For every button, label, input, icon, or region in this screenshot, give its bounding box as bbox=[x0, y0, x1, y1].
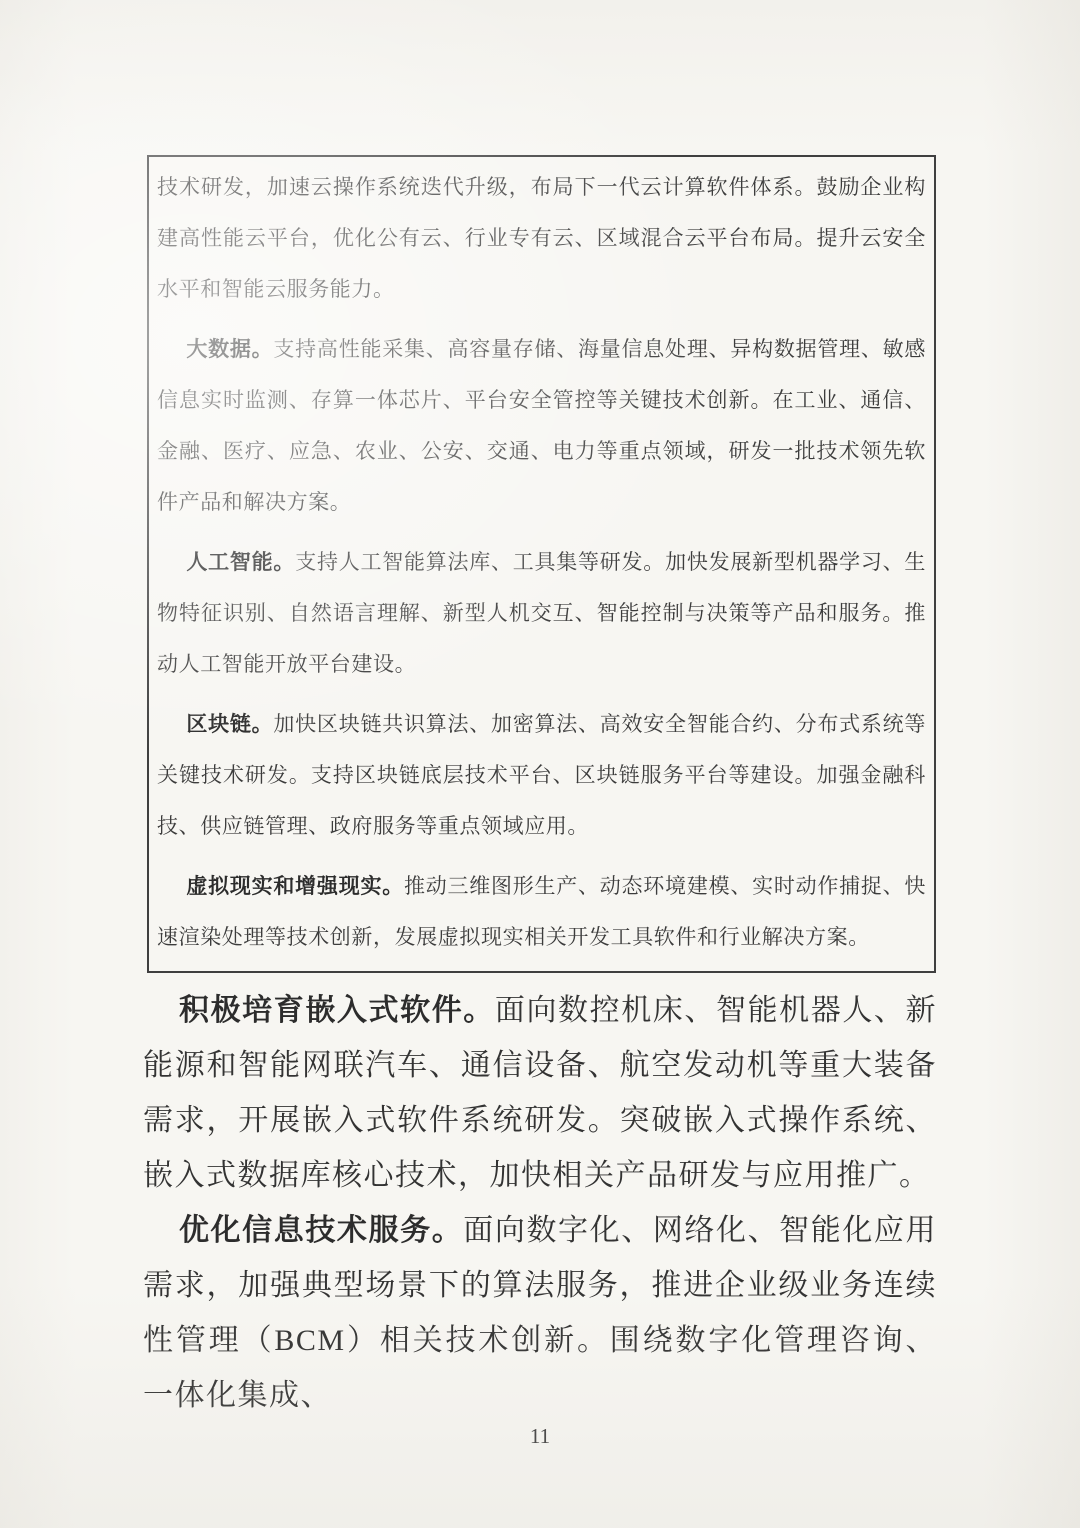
paragraph-lead: 虚拟现实和增强现实。 bbox=[186, 874, 404, 898]
paragraph-lead: 积极培育嵌入式软件。 bbox=[179, 994, 495, 1027]
body-paragraph: 积极培育嵌入式软件。面向数控机床、智能机器人、新能源和智能网联汽车、通信设备、航… bbox=[143, 983, 937, 1203]
boxed-paragraph: 大数据。支持高性能采集、高容量存储、海量信息处理、异构数据管理、敏感信息实时监测… bbox=[157, 324, 926, 528]
paragraph-lead: 区块链。 bbox=[186, 712, 273, 736]
paragraph-text: 技术研发，加速云操作系统迭代升级，布局下一代云计算软件体系。鼓励企业构建高性能云… bbox=[157, 175, 926, 301]
paragraph-lead: 大数据。 bbox=[186, 337, 273, 361]
document-page: { "page": { "number": "11" }, "boxed_sec… bbox=[0, 0, 1080, 1528]
boxed-paragraph: 人工智能。支持人工智能算法库、工具集等研发。加快发展新型机器学习、生物特征识别、… bbox=[157, 537, 926, 690]
page-number: 11 bbox=[0, 1424, 1080, 1449]
paragraph-lead: 优化信息技术服务。 bbox=[179, 1214, 463, 1247]
body-section: 积极培育嵌入式软件。面向数控机床、智能机器人、新能源和智能网联汽车、通信设备、航… bbox=[143, 983, 937, 1423]
paragraph-lead: 人工智能。 bbox=[186, 550, 295, 574]
paragraph-text: 支持高性能采集、高容量存储、海量信息处理、异构数据管理、敏感信息实时监测、存算一… bbox=[157, 337, 926, 514]
boxed-paragraph: 区块链。加快区块链共识算法、加密算法、高效安全智能合约、分布式系统等关键技术研发… bbox=[157, 699, 926, 852]
boxed-paragraph: 虚拟现实和增强现实。推动三维图形生产、动态环境建模、实时动作捕捉、快速渲染处理等… bbox=[157, 861, 926, 963]
paragraph-text: 加快区块链共识算法、加密算法、高效安全智能合约、分布式系统等关键技术研发。支持区… bbox=[157, 712, 926, 838]
boxed-paragraph: 技术研发，加速云操作系统迭代升级，布局下一代云计算软件体系。鼓励企业构建高性能云… bbox=[157, 162, 926, 315]
body-paragraph: 优化信息技术服务。面向数字化、网络化、智能化应用需求，加强典型场景下的算法服务，… bbox=[143, 1203, 937, 1423]
boxed-section: 技术研发，加速云操作系统迭代升级，布局下一代云计算软件体系。鼓励企业构建高性能云… bbox=[147, 155, 936, 973]
